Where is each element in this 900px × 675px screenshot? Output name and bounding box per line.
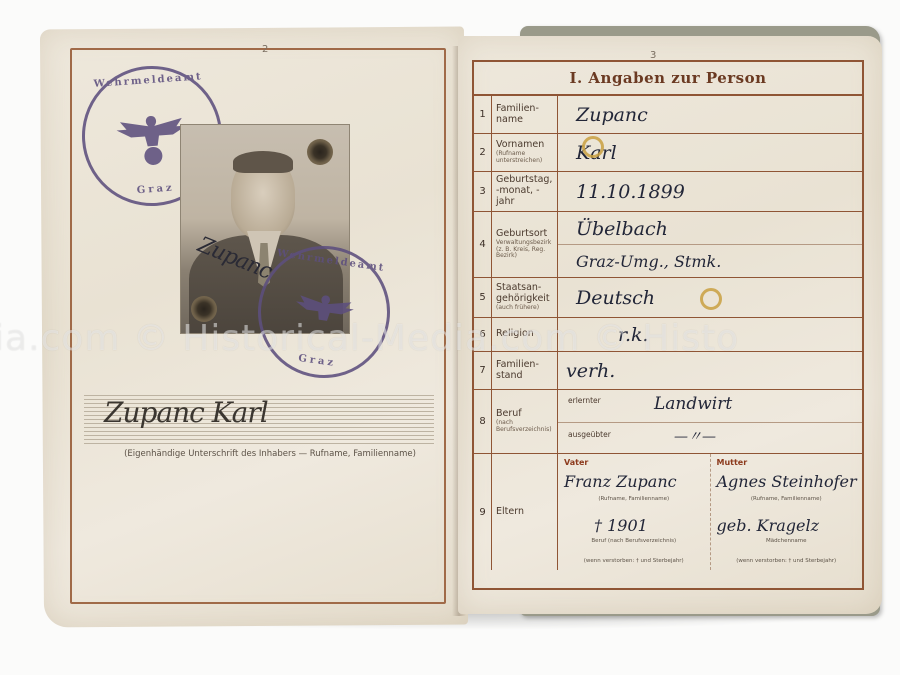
mother-column: Mutter Agnes Steinhofer (Rufname, Famili… <box>710 454 863 570</box>
row-label: Beruf (nach Berufsverzeichnis) <box>492 390 558 453</box>
father-occupation-caption: Beruf (nach Berufsverzeichnis) <box>558 538 710 544</box>
practiced-occupation-label: ausgeübter <box>568 430 611 439</box>
row-label: Religion <box>492 318 558 351</box>
holder-signature: Zupanc Karl <box>104 396 268 429</box>
row-number: 6 <box>474 318 492 351</box>
staple-ring-icon <box>582 136 604 158</box>
form-row-religion: 6 Religion r.k. <box>474 318 862 352</box>
form-row-birthdate: 3 Geburtstag, -monat, -jahr 11.10.1899 <box>474 172 862 212</box>
mother-maiden-caption: Mädchenname <box>711 538 863 544</box>
row-number: 3 <box>474 172 492 211</box>
row-label: Vornamen (Rufname unterstreichen) <box>492 134 558 171</box>
row-number: 9 <box>474 454 492 570</box>
row-number: 1 <box>474 96 492 133</box>
row-label: Familien-stand <box>492 352 558 389</box>
row-label: Familien-name <box>492 96 558 133</box>
mother-maiden-name: geb. Kragelz <box>717 516 820 535</box>
row-value-marital-status: verh. <box>558 352 862 389</box>
personal-data-form: I. Angaben zur Person 1 Familien-name Zu… <box>472 60 864 590</box>
section-title: I. Angaben zur Person <box>474 62 862 96</box>
mother-name-caption: (Rufname, Familienname) <box>711 496 863 502</box>
row-value-occupation: erlernter Landwirt ausgeübter —〃— <box>558 390 862 453</box>
row-label: Geburtsort Verwaltungsbezirk (z. B. Krei… <box>492 212 558 277</box>
form-row-birthplace: 4 Geburtsort Verwaltungsbezirk (z. B. Kr… <box>474 212 862 278</box>
form-row-marital-status: 7 Familien-stand verh. <box>474 352 862 390</box>
signature-caption: (Eigenhändige Unterschrift des Inhabers … <box>100 449 440 459</box>
row-number: 4 <box>474 212 492 277</box>
form-row-occupation: 8 Beruf (nach Berufsverzeichnis) erlernt… <box>474 390 862 454</box>
form-row-familienname: 1 Familien-name Zupanc <box>474 96 862 134</box>
row-label: Eltern <box>492 454 558 570</box>
father-name: Franz Zupanc <box>564 472 677 491</box>
row-value-parents: Vater Franz Zupanc (Rufname, Familiennam… <box>558 454 862 570</box>
mother-footer-caption: (wenn verstorben: † und Sterbejahr) <box>711 558 863 564</box>
row-number: 2 <box>474 134 492 171</box>
row-value-birthplace: Übelbach Graz-Umg., Stmk. <box>558 212 862 277</box>
father-death-year: † 1901 <box>594 516 648 535</box>
row-label: Geburtstag, -monat, -jahr <box>492 172 558 211</box>
father-heading: Vater <box>564 458 588 467</box>
row-number: 5 <box>474 278 492 317</box>
form-row-parents: 9 Eltern Vater Franz Zupanc (Rufname, Fa… <box>474 454 862 570</box>
practiced-occupation-value: —〃— <box>674 426 716 446</box>
row-value-religion: r.k. <box>558 318 862 351</box>
district-value: Graz-Umg., Stmk. <box>576 252 721 271</box>
row-label: Staatsan-gehörigkeit (auch frühere) <box>492 278 558 317</box>
eagle-emblem-icon <box>281 282 367 343</box>
mother-name: Agnes Steinhofer <box>717 472 857 491</box>
father-footer-caption: (wenn verstorben: † und Sterbejahr) <box>558 558 710 564</box>
father-column: Vater Franz Zupanc (Rufname, Familiennam… <box>558 454 710 570</box>
row-value-first-name: Karl <box>558 134 862 171</box>
staple-ring-icon <box>700 288 722 310</box>
rivet-icon <box>307 139 333 165</box>
learned-occupation-label: erlernter <box>568 396 601 405</box>
row-number: 8 <box>474 390 492 453</box>
row-number: 7 <box>474 352 492 389</box>
form-row-vornamen: 2 Vornamen (Rufname unterstreichen) Karl <box>474 134 862 172</box>
rivet-icon <box>191 296 217 322</box>
father-name-caption: (Rufname, Familienname) <box>558 496 710 502</box>
row-value-birthdate: 11.10.1899 <box>558 172 862 211</box>
birthplace-value: Übelbach <box>576 218 668 240</box>
page-number-left: 2 <box>262 44 268 55</box>
mother-heading: Mutter <box>717 458 748 467</box>
form-row-citizenship: 5 Staatsan-gehörigkeit (auch frühere) De… <box>474 278 862 318</box>
row-value-surname: Zupanc <box>558 96 862 133</box>
learned-occupation-value: Landwirt <box>654 394 732 414</box>
